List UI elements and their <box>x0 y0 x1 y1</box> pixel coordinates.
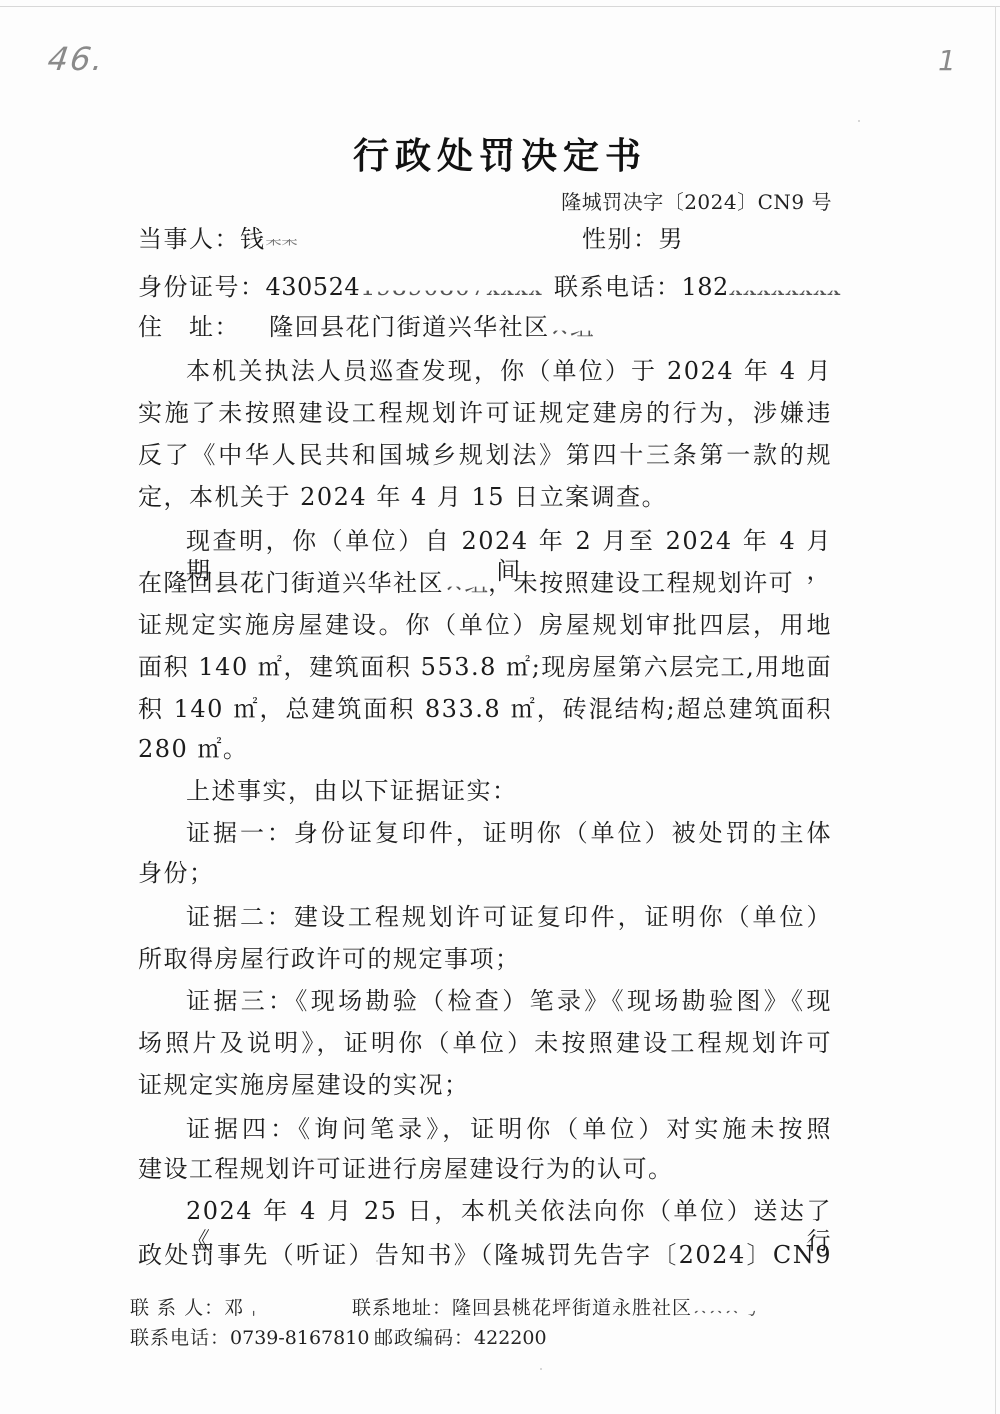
party-id-redacted: 19890807xxxx <box>360 272 542 302</box>
party-gender-label: 性别： <box>582 225 659 253</box>
document-number: 隆城罚决字〔2024〕CN9 号 <box>561 186 832 215</box>
paragraph-2-line-6: 280 ㎡。 <box>138 734 832 764</box>
party-name-label: 当事人： <box>138 224 240 254</box>
document-title: 行政处罚决定书 <box>0 128 1000 179</box>
party-id-value: 430524 <box>266 272 361 302</box>
scan-speck <box>376 1260 378 1262</box>
contact-address-value: 隆回县桃花坪街道永胜社区 <box>452 1297 692 1319</box>
scan-speck <box>540 1368 542 1370</box>
paragraph-2-continuation: ，未按照建设工程规划许可 <box>488 569 794 597</box>
notice-line-2: 政处罚事先（听证）告知书》（隆城罚先告字〔2024〕CN9 <box>138 1240 832 1270</box>
party-id-label: 身份证号： <box>138 272 266 302</box>
postal-code: 邮政编码：422200 <box>374 1326 547 1350</box>
evidence-3-line-1: 证据三：《现场勘验（检查）笔录》《现场勘验图》《现 <box>138 986 832 1016</box>
evidence-4-line-1: 证据四：《询问笔录》，证明你（单位）对实施未按照 <box>138 1114 832 1144</box>
contact-phone-label: 联系电话： <box>130 1327 230 1349</box>
party-name-redacted: 某某 <box>266 224 298 254</box>
postal-code-label: 邮政编码： <box>374 1327 474 1349</box>
scan-edge-right <box>995 6 996 1414</box>
evidence-1-line-1: 证据一：身份证复印件，证明你（单位）被处罚的主体 <box>138 818 832 848</box>
party-gender-value: 男 <box>659 225 685 253</box>
party-phone-label: 联系电话： <box>554 273 682 301</box>
contact-address: 联系地址：隆回县桃花坪街道永胜社区×××号 <box>352 1296 759 1320</box>
paragraph-2-line-4: 面积 140 ㎡，建筑面积 553.8 ㎡;现房屋第六层完工,用地面 <box>138 652 832 682</box>
postal-code-value: 422200 <box>474 1327 547 1349</box>
evidence-3-line-3: 证规定实施房屋建设的实况； <box>138 1070 832 1100</box>
party-name-value: 钱 <box>240 224 266 254</box>
paragraph-1-line-1: 本机关执法人员巡查发现，你（单位）于 2024 年 4 月 <box>138 356 832 386</box>
party-address-row: 住 址： 隆回县花门街道兴华社区×组 <box>138 312 832 342</box>
paragraph-2-address-redacted: ×组 <box>444 568 488 598</box>
party-id-row: 身份证号：43052419890807xxxx 联系电话：182xxxxxxxx <box>138 272 832 302</box>
contact-address-redacted: ×××号 <box>692 1296 759 1320</box>
party-phone-value: 182 <box>682 273 729 301</box>
evidence-intro: 上述事实，由以下证据证实： <box>138 776 832 806</box>
contact-address-label: 联系地址： <box>352 1297 452 1319</box>
paragraph-1-line-4: 定，本机关于 2024 年 4 月 15 日立案调查。 <box>138 482 832 512</box>
paragraph-1-line-3: 反了《中华人民共和国城乡规划法》第四十三条第一款的规 <box>138 440 832 470</box>
footer-contact-row-1: 联 系 人：邓平 联系地址：隆回县桃花坪街道永胜社区×××号 <box>130 1296 263 1320</box>
paragraph-2-line-5: 积 140 ㎡，总建筑面积 833.8 ㎡，砖混结构;超总建筑面积 <box>138 694 832 724</box>
footer-contact-row-2: 联系电话：0739-8167810 邮政编码：422200 <box>130 1326 369 1350</box>
contact-person-label: 联 系 人： <box>130 1297 224 1319</box>
party-gender: 性别：男 <box>582 224 684 254</box>
paragraph-2-line-2: 在隆回县花门街道兴华社区×组，未按照建设工程规划许可 <box>138 568 832 598</box>
party-address-value: 隆回县花门街道兴华社区 <box>269 312 550 342</box>
contact-phone-value: 0739-8167810 <box>230 1327 369 1349</box>
paragraph-2-line-3: 证规定实施房屋建设。你（单位）房屋规划审批四层，用地 <box>138 610 832 640</box>
evidence-3-line-2: 场照片及说明》，证明你（单位）未按照建设工程规划许可 <box>138 1028 832 1058</box>
party-phone: 联系电话：182xxxxxxxx <box>554 272 841 302</box>
party-address-redacted: ×组 <box>550 312 594 342</box>
evidence-2-line-2: 所取得房屋行政许可的规定事项； <box>138 944 832 974</box>
handwritten-sheet-number: 1 <box>938 44 956 77</box>
evidence-1-line-2: 身份； <box>138 858 832 888</box>
handwritten-page-number: 46. <box>45 40 107 78</box>
paragraph-1-line-2: 实施了未按照建设工程规划许可证规定建房的行为，涉嫌违 <box>138 398 832 428</box>
party-name-row: 当事人：钱某某 性别：男 <box>138 224 832 254</box>
party-address-label: 住 址： <box>138 312 240 342</box>
paragraph-2-address: 在隆回县花门街道兴华社区 <box>138 569 444 597</box>
scan-speck <box>858 120 860 122</box>
document-page: 46. 1 行政处罚决定书 隆城罚决字〔2024〕CN9 号 当事人：钱某某 性… <box>0 0 1000 1414</box>
scan-edge-top <box>0 6 1000 7</box>
contact-person-redacted: 平 <box>244 1296 263 1320</box>
contact-person-value: 邓 <box>224 1297 244 1319</box>
evidence-2-line-1: 证据二：建设工程规划许可证复印件，证明你（单位） <box>138 902 832 932</box>
evidence-4-line-2: 建设工程规划许可证进行房屋建设行为的认可。 <box>138 1154 832 1184</box>
party-phone-redacted: xxxxxxxx <box>729 272 841 302</box>
